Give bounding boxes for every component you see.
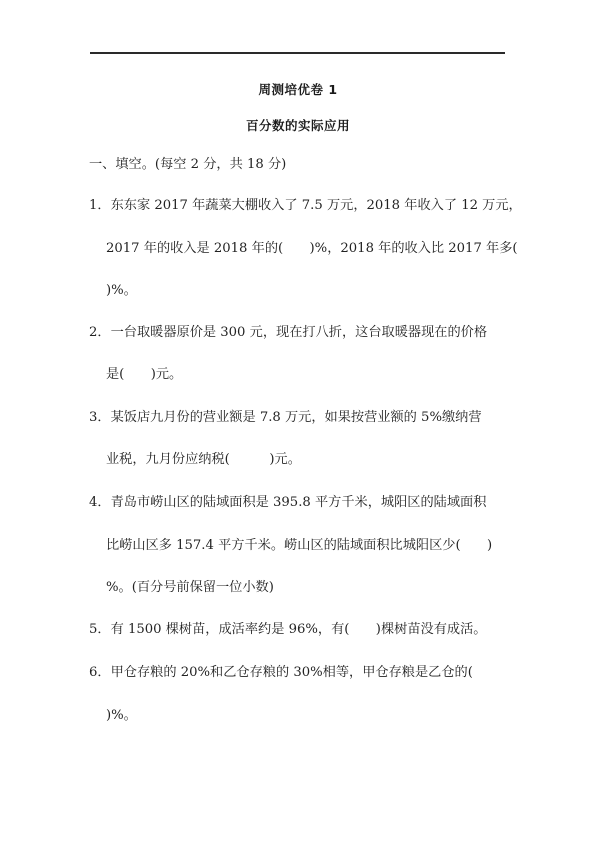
question-1-line-1: 1．东东家 2017 年蔬菜大棚收入了 7.5 万元，2018 年收入了 12 … xyxy=(89,197,522,215)
question-1-line-3: )%。 xyxy=(106,282,137,300)
worksheet-title: 周测培优卷 1 xyxy=(0,80,596,98)
section-heading: 一、填空。(每空 2 分，共 18 分) xyxy=(89,156,286,174)
question-5-line-1: 5．有 1500 棵树苗，成活率约是 96%，有( )棵树苗没有成活。 xyxy=(89,621,486,639)
worksheet-subtitle: 百分数的实际应用 xyxy=(0,116,596,134)
question-4-line-2: 比崂山区多 157.4 平方千米。崂山区的陆域面积比城阳区少( ) xyxy=(106,537,492,555)
question-2-line-2: 是( )元。 xyxy=(106,366,182,384)
question-6-line-2: )%。 xyxy=(106,707,137,725)
worksheet-page: 周测培优卷 1 百分数的实际应用 一、填空。(每空 2 分，共 18 分) 1．… xyxy=(0,0,596,842)
question-2-line-1: 2．一台取暖器原价是 300 元，现在打八折，这台取暖器现在的价格 xyxy=(89,324,487,342)
question-4-line-3: %。(百分号前保留一位小数) xyxy=(106,579,274,597)
question-4-line-1: 4．青岛市崂山区的陆域面积是 395.8 平方千米，城阳区的陆域面积 xyxy=(89,494,486,512)
header-rule xyxy=(90,52,505,54)
question-3-line-2: 业税，九月份应纳税( )元。 xyxy=(106,451,301,469)
question-1-line-2: 2017 年的收入是 2018 年的( )%，2018 年的收入比 2017 年… xyxy=(106,240,518,258)
question-3-line-1: 3．某饭店九月份的营业额是 7.8 万元，如果按营业额的 5%缴纳营 xyxy=(89,409,482,427)
question-6-line-1: 6．甲仓存粮的 20%和乙仓存粮的 30%相等，甲仓存粮是乙仓的( xyxy=(89,664,473,682)
